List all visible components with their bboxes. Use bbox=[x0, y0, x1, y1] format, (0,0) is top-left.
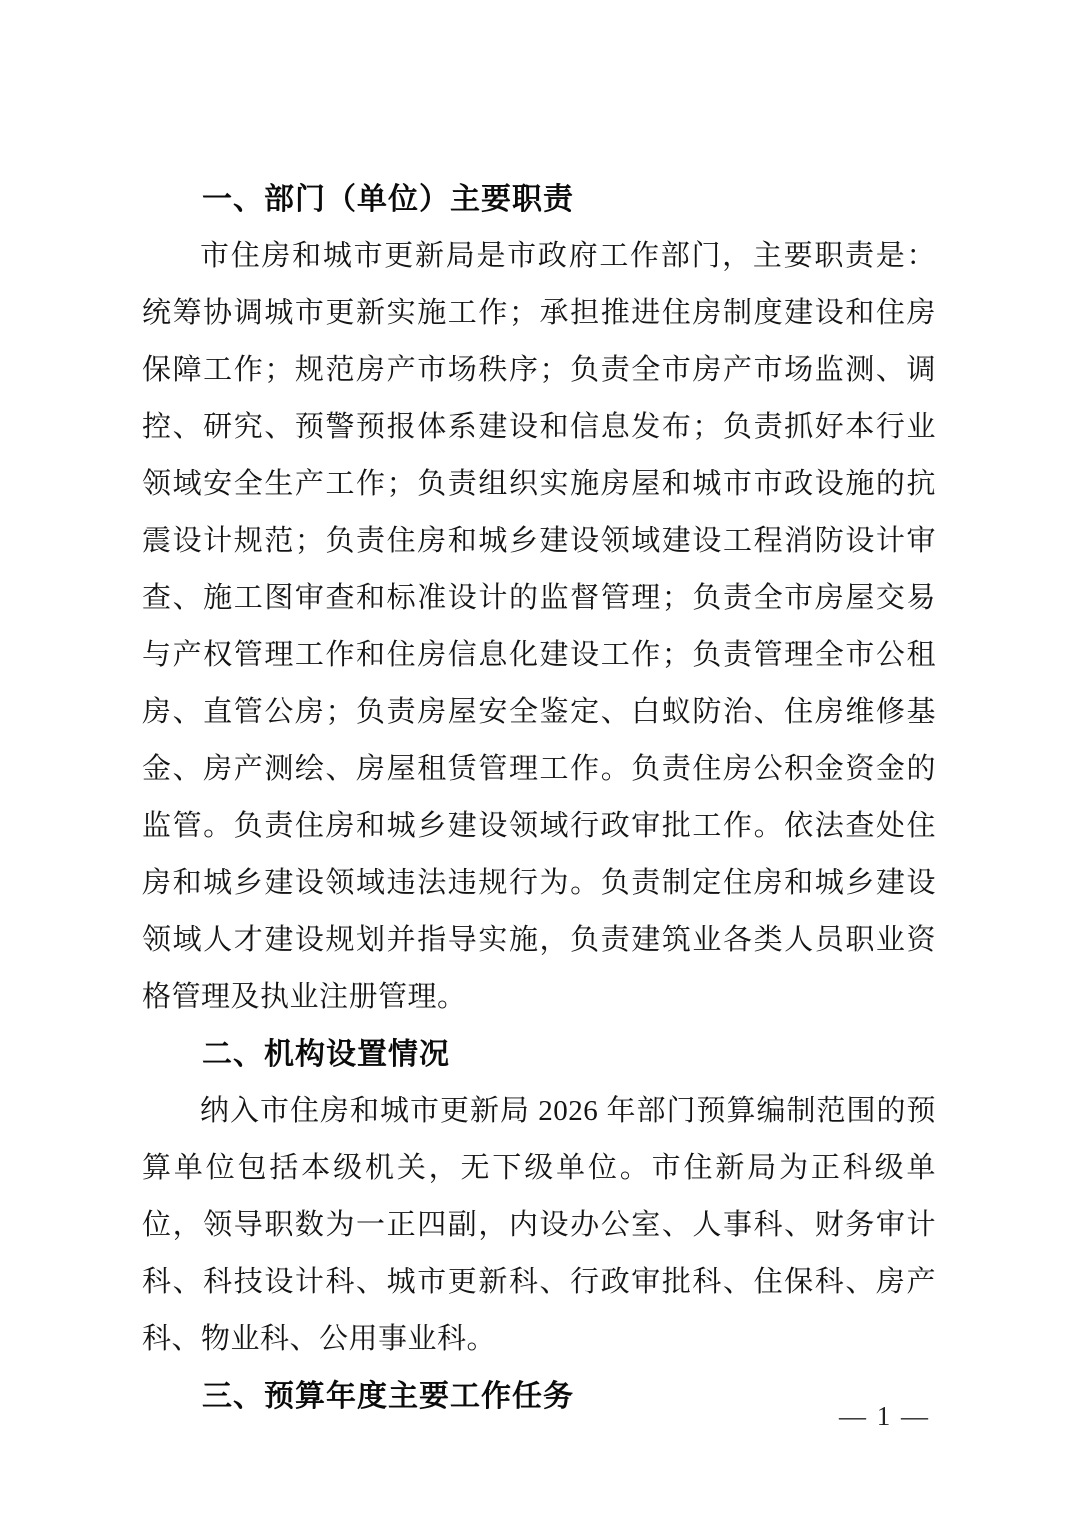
section-heading-organization-setup: 二、机构设置情况 bbox=[142, 1026, 936, 1083]
document-page: 一、部门（单位）主要职责 市住房和城市更新局是市政府工作部门，主要职责是：统筹协… bbox=[0, 0, 1074, 1520]
paragraph-main-duties: 市住房和城市更新局是市政府工作部门，主要职责是：统筹协调城市更新实施工作；承担推… bbox=[142, 228, 936, 1026]
section-heading-budget-year-tasks: 三、预算年度主要工作任务 bbox=[142, 1368, 936, 1425]
document-body: 一、部门（单位）主要职责 市住房和城市更新局是市政府工作部门，主要职责是：统筹协… bbox=[142, 171, 936, 1425]
section-heading-main-duties: 一、部门（单位）主要职责 bbox=[142, 171, 936, 228]
paragraph-organization-setup: 纳入市住房和城市更新局 2026 年部门预算编制范围的预算单位包括本级机关，无下… bbox=[142, 1083, 936, 1368]
page-number: — 1 — bbox=[839, 1398, 930, 1434]
